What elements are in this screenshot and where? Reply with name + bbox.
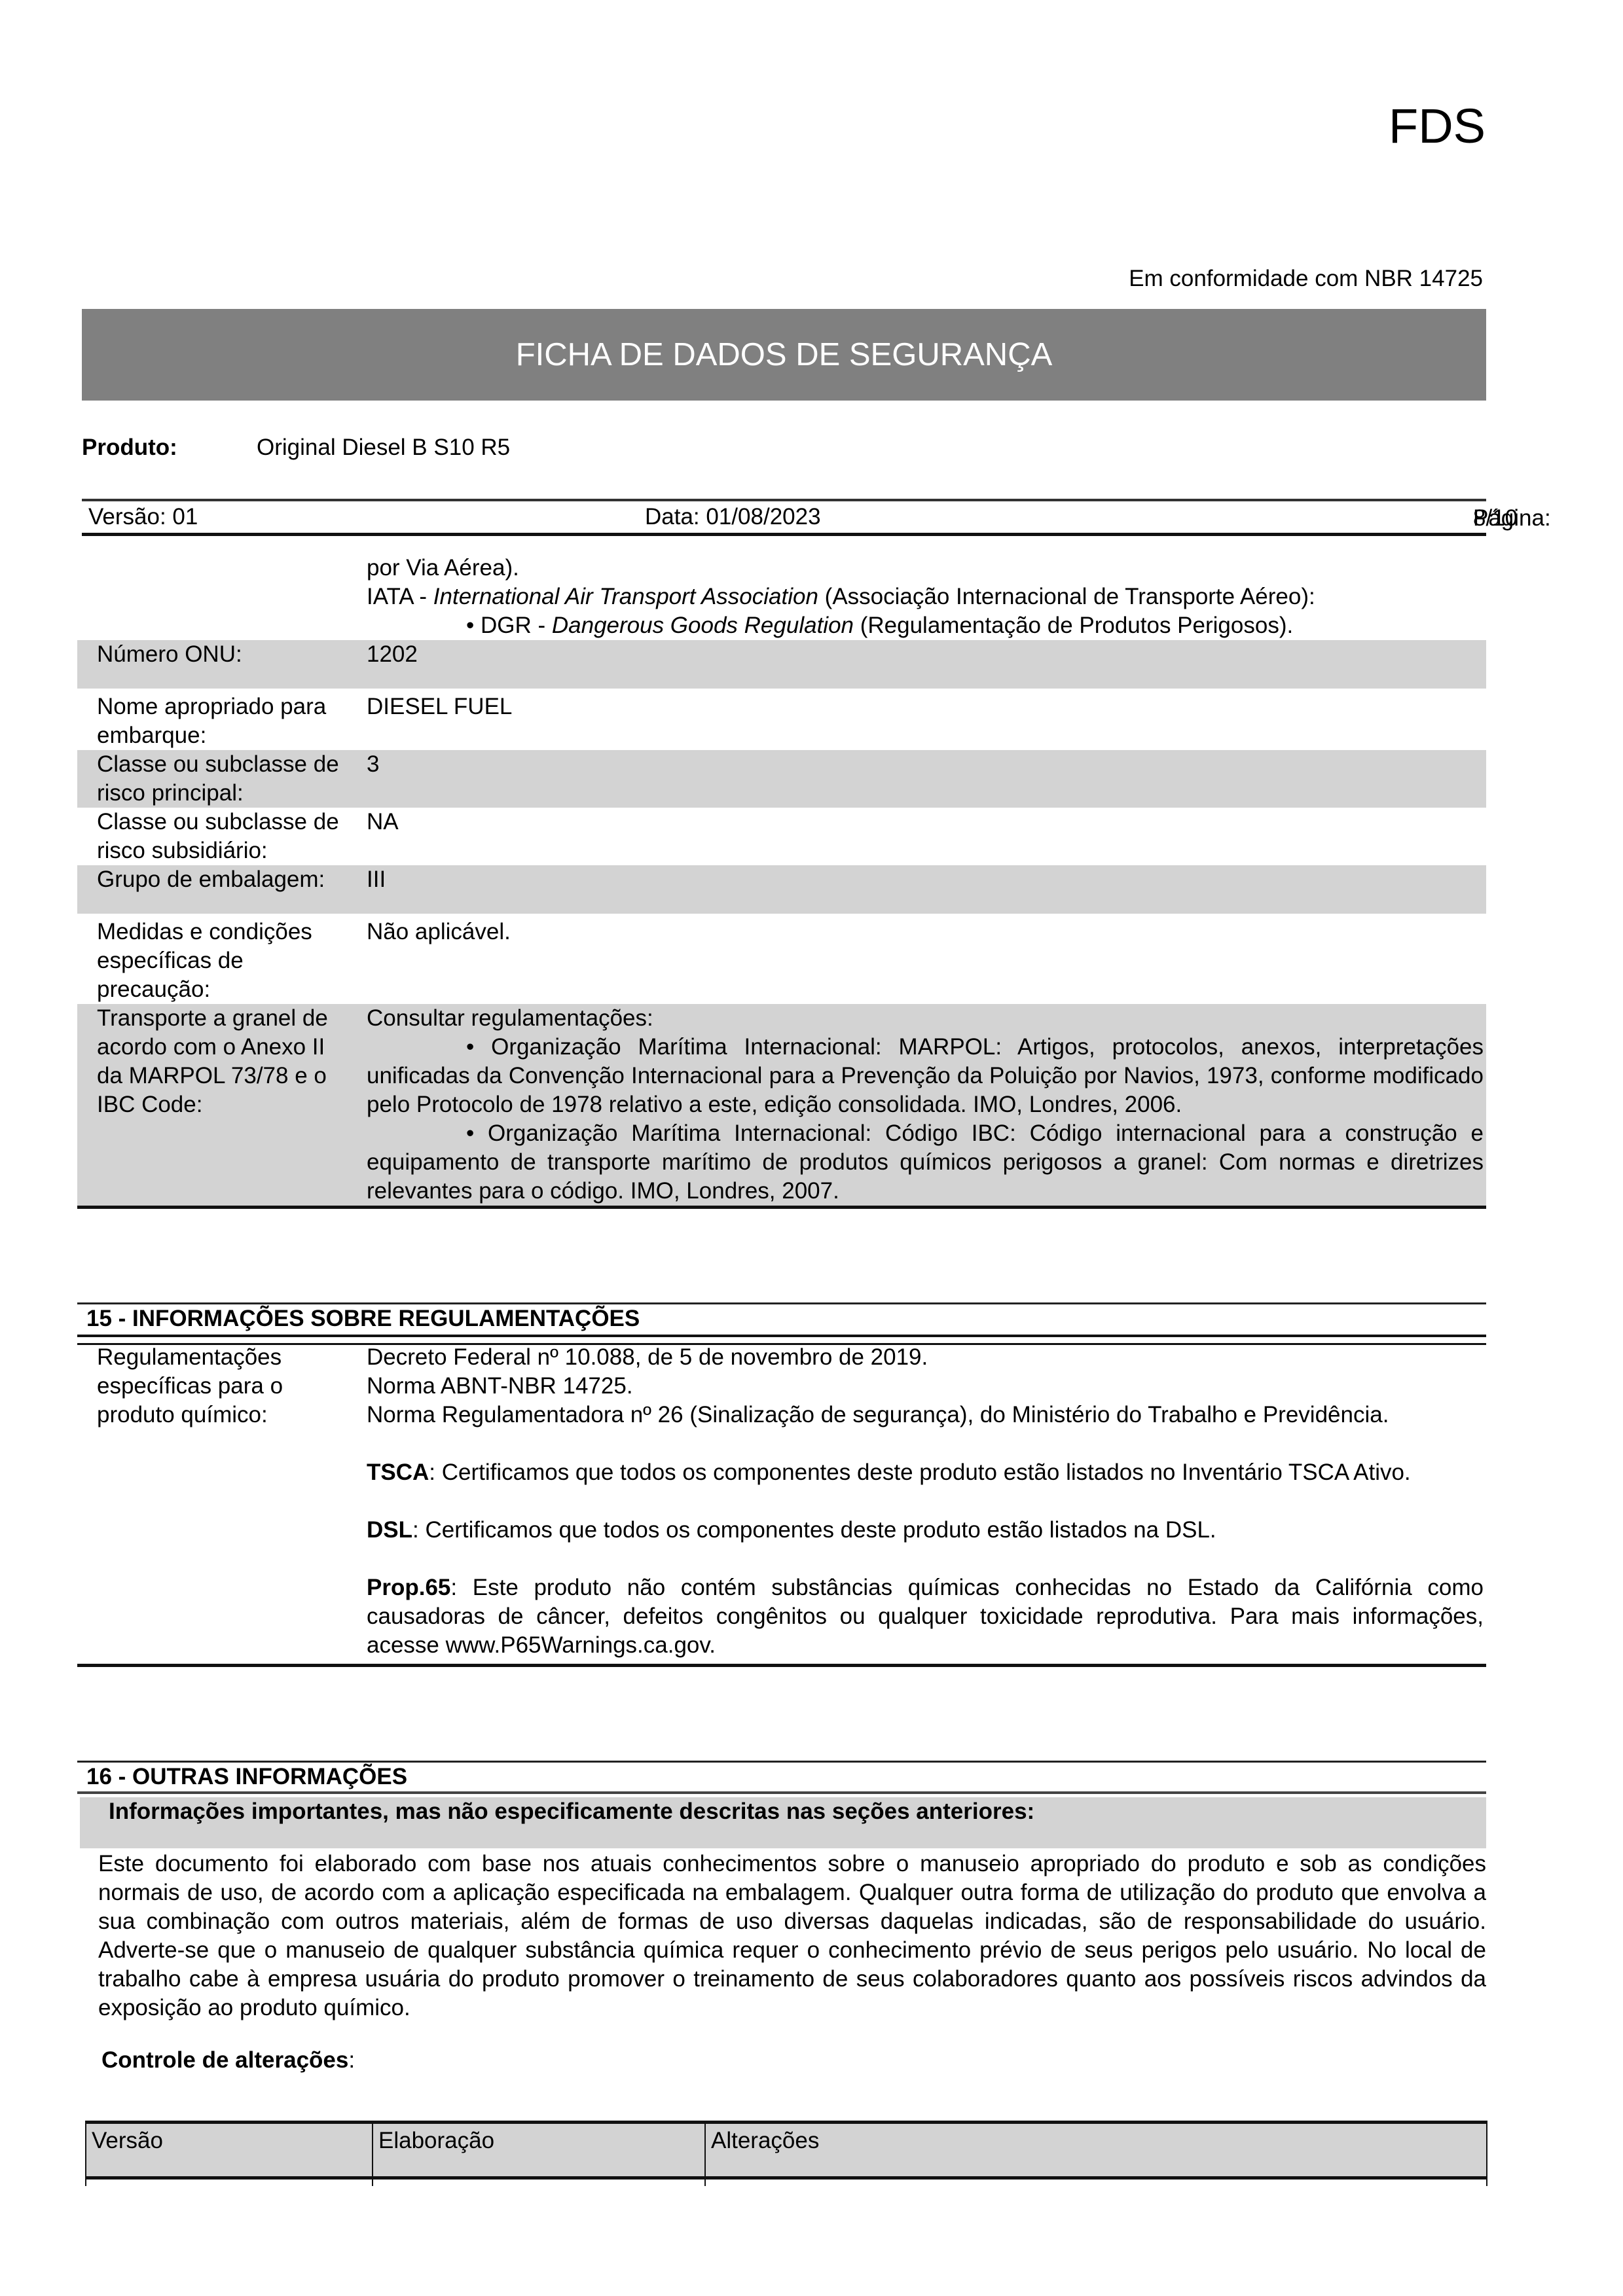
table-row: Transporte a granel de acordo com o Anex… [77, 1004, 1486, 1206]
ibc-bullet: • Organização Marítima Internacional: Có… [367, 1119, 1484, 1206]
row-value: NA [352, 808, 1486, 865]
section-15-body: Regulamentações específicas para o produ… [77, 1343, 1486, 1667]
table-row: Nome apropriado para embarque: DIESEL FU… [77, 689, 1486, 750]
document-code: FDS [1389, 97, 1486, 156]
title-banner: FICHA DE DADOS DE SEGURANÇA [82, 309, 1486, 401]
dgr-line: • DGR - Dangerous Goods Regulation (Regu… [367, 611, 1484, 640]
row-label: Classe ou subclasse de risco principal: [77, 750, 352, 808]
regulations-label: Regulamentações específicas para o produ… [77, 1343, 352, 1660]
transport-table: por Via Aérea). IATA - International Air… [77, 554, 1486, 1209]
marpol-bullet: • Organização Marítima Internacional: MA… [367, 1033, 1484, 1119]
conformity-note: Em conformidade com NBR 14725 [1129, 264, 1483, 293]
section-16-subheading: Informações importantes, mas não especif… [80, 1797, 1486, 1848]
row-value: Consultar regulamentações: • Organização… [352, 1004, 1486, 1206]
row-label: Nome apropriado para embarque: [77, 692, 352, 750]
product-name: Original Diesel B S10 R5 [257, 433, 510, 462]
table-row: Grupo de embalagem: III [77, 865, 1486, 914]
row-value: Não aplicável. [352, 918, 1486, 1004]
table-header-row: Versão Elaboração Alterações [86, 2123, 1487, 2178]
row-label: Número ONU: [77, 640, 352, 689]
dsl-statement: DSL: Certificamos que todos os component… [367, 1516, 1484, 1545]
row-value: 3 [352, 750, 1486, 808]
iata-line: IATA - International Air Transport Assoc… [367, 583, 1484, 611]
row-label: Classe ou subclasse de risco subsidiário… [77, 808, 352, 865]
row-label: Grupo de embalagem: [77, 865, 352, 914]
table-row: Classe ou subclasse de risco principal: … [77, 750, 1486, 808]
section-16-body: Este documento foi elaborado com base no… [98, 1850, 1486, 2022]
table-row: Número ONU: 1202 [77, 640, 1486, 689]
row-value: III [352, 865, 1486, 914]
section-15-header: 15 - INFORMAÇÕES SOBRE REGULAMENTAÇÕES [77, 1302, 1486, 1345]
date-info: Data: 01/08/2023 [645, 503, 821, 531]
regulation-line: Norma Regulamentadora nº 26 (Sinalização… [367, 1401, 1484, 1429]
row-value: DIESEL FUEL [352, 692, 1486, 750]
change-control-table: Versão Elaboração Alterações [85, 2121, 1487, 2186]
version-info: Versão: 01 [88, 503, 198, 531]
section-16-header: 16 - OUTRAS INFORMAÇÕES [77, 1761, 1486, 1794]
row-value: 1202 [352, 640, 1486, 689]
change-control-label: Controle de alterações: [101, 2046, 355, 2075]
column-header-version: Versão [86, 2123, 373, 2178]
table-row [86, 2178, 1487, 2187]
column-header-changes: Alterações [705, 2123, 1487, 2178]
section-15-title: 15 - INFORMAÇÕES SOBRE REGULAMENTAÇÕES [77, 1304, 1486, 1333]
page-number: 8/10 [1473, 504, 1518, 533]
prop65-statement: Prop.65: Este produto não contém substân… [367, 1573, 1484, 1660]
column-header-elaboration: Elaboração [373, 2123, 705, 2178]
document-meta-bar: Versão: 01 Data: 01/08/2023 Página: 8/10 [82, 499, 1486, 536]
regulation-line: Norma ABNT-NBR 14725. [367, 1372, 1484, 1401]
section-16-title: 16 - OUTRAS INFORMAÇÕES [77, 1763, 1486, 1791]
table-row: Classe ou subclasse de risco subsidiário… [77, 808, 1486, 865]
row-label: Medidas e condições específicas de preca… [77, 918, 352, 1004]
product-label: Produto: [82, 433, 177, 462]
document-title: FICHA DE DADOS DE SEGURANÇA [516, 340, 1053, 369]
regulation-line: Decreto Federal nº 10.088, de 5 de novem… [367, 1343, 1484, 1372]
table-row: Medidas e condições específicas de preca… [77, 914, 1486, 1004]
tsca-statement: TSCA: Certificamos que todos os componen… [367, 1458, 1484, 1487]
continuation-text: por Via Aérea). [367, 554, 1484, 583]
transport-continuation-row: por Via Aérea). IATA - International Air… [77, 554, 1486, 640]
row-label: Transporte a granel de acordo com o Anex… [77, 1004, 352, 1206]
